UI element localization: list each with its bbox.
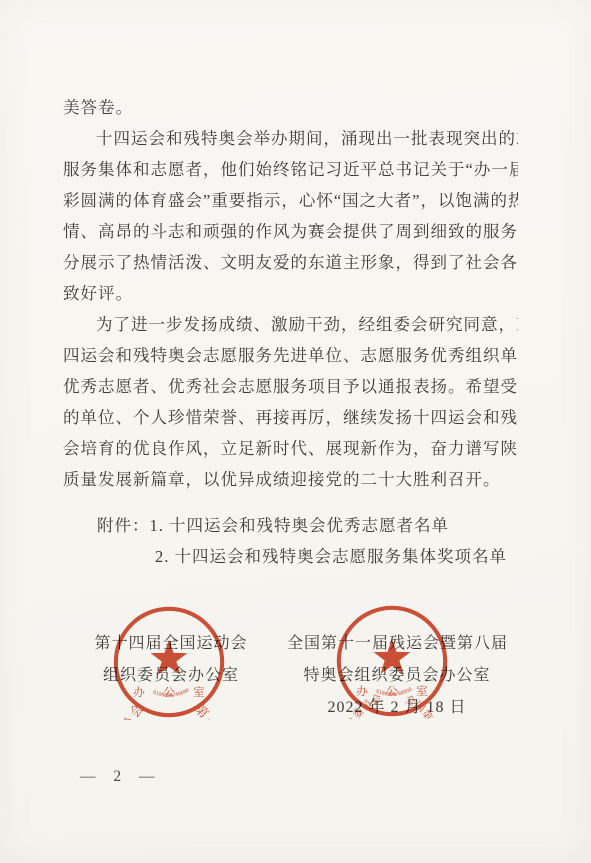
body-line: 会培育的优良作风，立足新时代、展现新作为，奋力谱写陕西高 [63,433,518,464]
body-line: 十四运会和残特奥会举办期间，涌现出一批表现突出的志愿 [63,123,518,154]
body-line: 情、高昂的斗志和顽强的作风为赛会提供了周到细致的服务，充 [63,216,518,247]
body-line: 致好评。 [63,278,518,309]
body-line: 美答卷。 [63,92,518,123]
attachment-item: 1. 十四运会和残特奥会优秀志愿者名单 [150,516,450,535]
attachments-block: 附件：1. 十四运会和残特奥会优秀志愿者名单 2. 十四运会和残特奥会志愿服务集… [63,510,531,572]
attachment-item: 2. 十四运会和残特奥会志愿服务集体奖项名单 [63,541,531,572]
page-number: — 2 — [80,768,158,786]
document-page: 美答卷。 十四运会和残特奥会举办期间，涌现出一批表现突出的志愿 服务集体和志愿者… [0,0,591,863]
body-line: 的单位、个人珍惜荣誉、再接再厉，继续发扬十四运会和残特奥 [63,402,518,433]
body-line: 分展示了热情活泼、文明友爱的东道主形象，得到了社会各界一 [63,247,518,278]
star-icon [374,639,411,674]
body-line: 优秀志愿者、优秀社会志愿服务项目予以通报表扬。希望受表扬 [63,371,518,402]
attachment-line: 附件：1. 十四运会和残特奥会优秀志愿者名单 [63,510,531,541]
body-line: 服务集体和志愿者，他们始终铭记习近平总书记关于“办一届精 [63,154,518,185]
star-icon [151,640,188,675]
body-line: 四运会和残特奥会志愿服务先进单位、志愿服务优秀组织单位、 [63,340,518,371]
official-seal-left: 第十四届全国运动会组织委员会 办公室 6100000748600 [111,604,227,720]
official-seal-right: 全国第十一届残运会暨第八届特奥会组织委员会 办公室 6100000788950 [334,603,450,719]
document-body: 美答卷。 十四运会和残特奥会举办期间，涌现出一批表现突出的志愿 服务集体和志愿者… [63,92,518,495]
attachments-label: 附件： [97,516,150,535]
body-line: 彩圆满的体育盛会”重要指示，心怀“国之大者”，以饱满的热 [63,185,518,216]
body-line: 质量发展新篇章，以优异成绩迎接党的二十大胜利召开。 [63,464,518,495]
body-line: 为了进一步发扬成绩、激励干劲，经组委会研究同意，对十 [63,309,518,340]
